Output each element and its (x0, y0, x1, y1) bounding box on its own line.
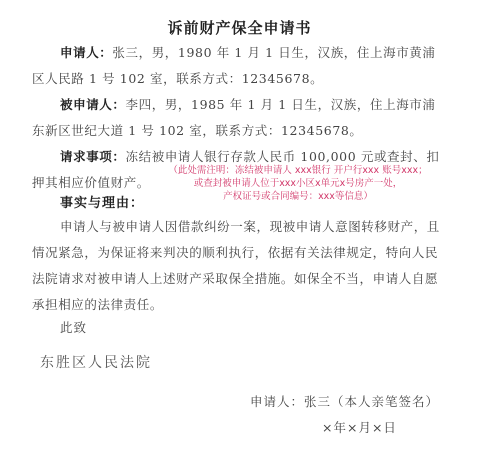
annotation-line-2: 或查封被申请人位于xxx小区x单元x号房产一处， (158, 177, 438, 190)
request-label: 请求事项： (60, 149, 126, 164)
document-title: 诉前财产保全申请书 (0, 17, 479, 38)
applicant-label: 申请人： (60, 45, 112, 60)
facts-paragraph: 申请人与被申请人因借款纠纷一案，现被申请人意图转移财产，且情况紧急，为保证将来判… (32, 214, 442, 318)
closing-text: 此致 (60, 318, 87, 336)
annotation-note: （此处需注明：冻结被申请人 xxx银行 开户行xxx 账号xxx； 或查封被申请… (158, 164, 438, 203)
court-name: 东胜区人民法院 (40, 352, 152, 372)
respondent-label: 被申请人： (60, 97, 126, 112)
date-line: ×年×月×日 (322, 418, 397, 436)
signature-line: 申请人：张三（本人亲笔签名） (250, 392, 439, 410)
facts-heading: 事实与理由： (60, 192, 144, 211)
annotation-line-1: （此处需注明：冻结被申请人 xxx银行 开户行xxx 账号xxx； (158, 164, 438, 177)
respondent-paragraph: 被申请人：李四，男，1985 年 1 月 1 日生，汉族，住上海市浦东新区世纪大… (32, 92, 442, 144)
applicant-paragraph: 申请人：张三，男，1980 年 1 月 1 日生，汉族，住上海市黄浦区人民路 1… (32, 40, 442, 92)
annotation-line-3: 产权证号或合同编号：xxx等信息） (158, 190, 438, 203)
